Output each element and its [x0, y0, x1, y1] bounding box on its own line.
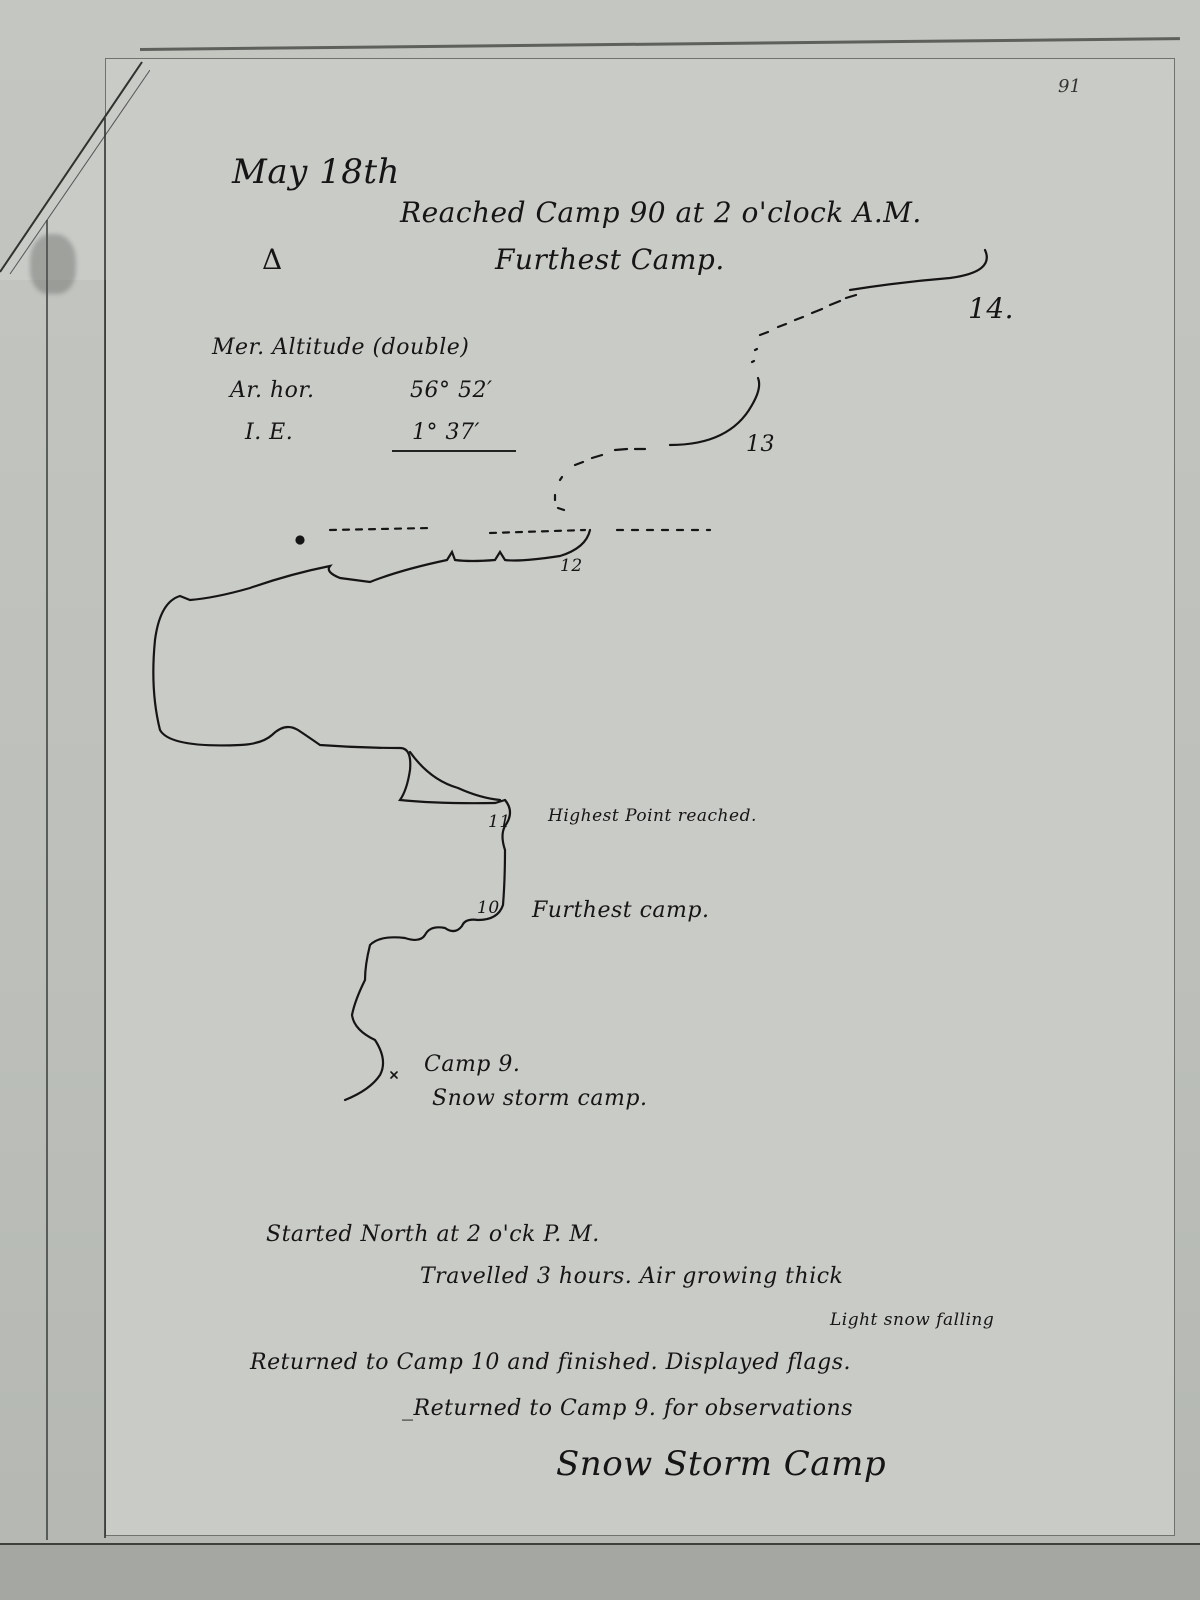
observation-underline [392, 450, 516, 452]
map-point-13: 13 [746, 432, 775, 457]
margin-rule-inner [104, 118, 106, 1538]
narrative-line-4: Returned to Camp 10 and finished. Displa… [250, 1350, 851, 1375]
annotation-snow-storm-camp: Snow storm camp. [432, 1086, 647, 1111]
folded-corner-icon [0, 60, 150, 280]
narrative-line-5: _Returned to Camp 9. for observations [402, 1396, 853, 1421]
margin-rule-outer [46, 220, 48, 1540]
annotation-camp-9: Camp 9. [424, 1052, 520, 1077]
book-lower-edge [0, 1543, 1200, 1600]
observation-value-ar-hor: 56° 52′ [410, 378, 492, 403]
observation-label-ie: I. E. [245, 420, 293, 445]
entry-date: May 18th [232, 152, 400, 192]
narrative-line-2: Travelled 3 hours. Air growing thick [420, 1264, 843, 1289]
ink-blot [30, 234, 76, 294]
triangle-marker-icon: Δ [262, 243, 283, 276]
map-point-10: 10 [477, 898, 500, 918]
entry-line-reached-camp: Reached Camp 90 at 2 o'clock A.M. [400, 196, 922, 229]
entry-line-furthest-camp: Furthest Camp. [495, 243, 725, 276]
observation-title: Mer. Altitude (double) [212, 335, 469, 360]
annotation-highest-point: Highest Point reached. [548, 806, 757, 826]
map-point-11: 11 [488, 812, 511, 832]
map-point-12: 12 [560, 556, 583, 576]
journal-page [105, 58, 1175, 1536]
narrative-line-3: Light snow falling [830, 1310, 994, 1330]
narrative-line-1: Started North at 2 o'ck P. M. [266, 1222, 600, 1247]
map-point-14: 14. [968, 292, 1014, 325]
page-number: 91 [1058, 76, 1081, 97]
narrative-signoff: Snow Storm Camp [556, 1444, 886, 1484]
annotation-furthest-camp: Furthest camp. [532, 898, 709, 923]
observation-label-ar-hor: Ar. hor. [230, 378, 314, 403]
observation-value-ie: 1° 37′ [412, 420, 480, 445]
